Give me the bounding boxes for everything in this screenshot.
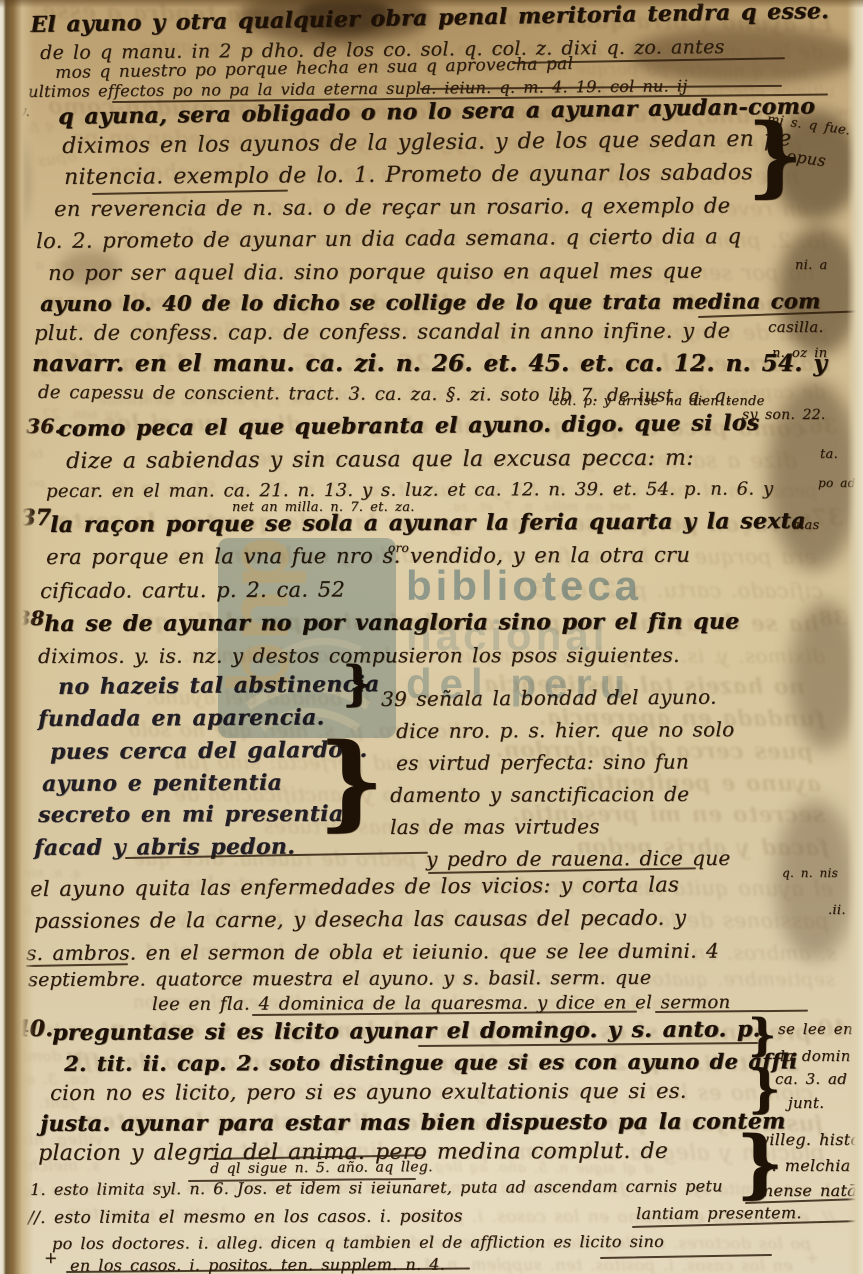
manuscript-page: El ayuno y otra qualquier obra penal mer… [0, 0, 863, 1274]
watermark-line-2: nacional [406, 612, 608, 660]
page-torn-edge [847, 0, 863, 1274]
watermark-line-1: biblioteca [406, 562, 642, 610]
emblem-letters: bnp [218, 538, 307, 694]
watermark-line-3: del peru [406, 660, 633, 708]
page-gutter-edge [0, 0, 34, 1274]
library-emblem-icon: bnp [218, 538, 396, 738]
library-watermark: bnp biblioteca nacional del peru [0, 0, 863, 1274]
page-top-edge [0, 0, 863, 8]
